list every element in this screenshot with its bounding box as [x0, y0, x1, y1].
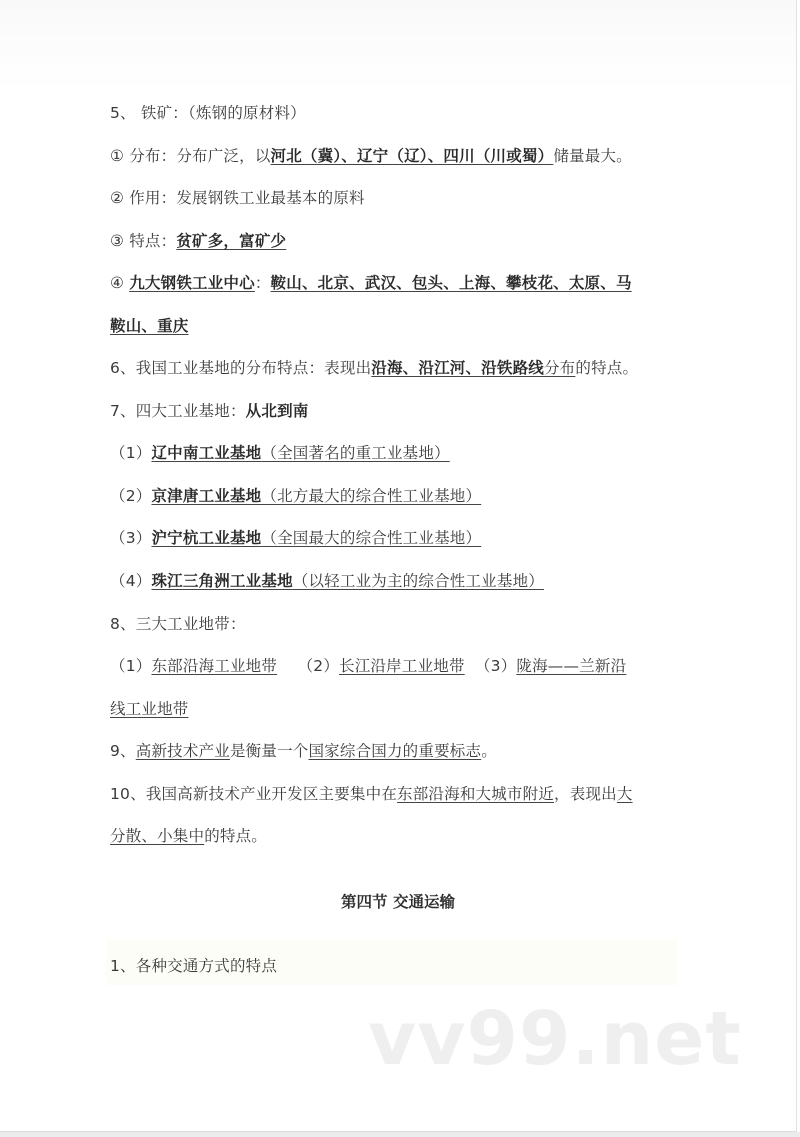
distribution-prefix: ① 分布：分布广泛，以	[110, 147, 271, 165]
belt-name: 东部沿海工业地带	[151, 657, 277, 675]
transport-item-1: 1、各种交通方式的特点	[110, 956, 680, 976]
belt-num: （2）	[298, 657, 339, 675]
item5-distribution: ① 分布：分布广泛，以河北（冀）、辽宁（辽）、四川（川或蜀）储量最大。	[110, 146, 680, 166]
item6-prefix: 6、我国工业基地的分布特点：表现出	[110, 359, 371, 377]
belt-name: 陇海——兰新沿	[516, 657, 626, 675]
item9-underlined-1: 高新技术产业	[136, 742, 230, 760]
base-num: （1）	[110, 444, 151, 462]
item6-bold: 沿海、沿江河、沿铁路线	[371, 359, 544, 377]
section-title: 第四节 交通运输	[0, 890, 796, 912]
item10-underlined-tail: 大	[617, 785, 633, 803]
item6-underlined: 分布	[544, 359, 575, 377]
base-desc: （全国著名的重工业基地）	[261, 444, 449, 462]
item8-title: 8、三大工业地带：	[110, 615, 246, 633]
item8-heading: 8、三大工业地带：	[110, 614, 680, 634]
item7-bold: 从北到南	[246, 402, 309, 420]
base-2: （2）京津唐工业基地（北方最大的综合性工业基地）	[110, 486, 680, 506]
belt-name: 长江沿岸工业地带	[339, 657, 465, 675]
distribution-suffix: 储量最大。	[553, 147, 632, 165]
base-1: （1）辽中南工业基地（全国著名的重工业基地）	[110, 443, 680, 463]
item7-heading: 7、四大工业基地：从北到南	[110, 401, 680, 421]
item10-end: 的特点。	[204, 827, 267, 845]
item8-belts-cont: 线工业地带	[110, 699, 680, 719]
base-name: 辽中南工业基地	[151, 444, 261, 462]
steel-centers-marker: ④	[110, 274, 129, 292]
item9-mid: 是衡量一个	[230, 742, 309, 760]
item8-belts: （1）东部沿海工业地带 （2）长江沿岸工业地带 （3）陇海——兰新沿	[110, 656, 680, 676]
item10-underlined: 东部沿海和大城市附近	[397, 785, 554, 803]
belt-name-cont: 线工业地带	[110, 700, 189, 718]
base-desc: （全国最大的综合性工业基地）	[261, 529, 481, 547]
base-desc: （以轻工业为主的综合性工业基地）	[293, 572, 544, 590]
item7-prefix: 7、四大工业基地：	[110, 402, 246, 420]
base-num: （2）	[110, 487, 151, 505]
item10-underlined-cont: 分散、小集中	[110, 827, 204, 845]
base-num: （3）	[110, 529, 151, 547]
item6-suffix: 的特点。	[575, 359, 638, 377]
item10-mid: ，表现出	[554, 785, 617, 803]
item5-number: 5、	[110, 104, 136, 122]
transport-item-1-text: 1、各种交通方式的特点	[110, 957, 277, 975]
features-value: 贫矿多，富矿少	[176, 232, 286, 250]
item6: 6、我国工业基地的分布特点：表现出沿海、沿江河、沿铁路线分布的特点。	[110, 358, 680, 378]
item5-features: ③ 特点：贫矿多，富矿少	[110, 231, 680, 251]
base-name: 沪宁杭工业基地	[151, 529, 261, 547]
features-prefix: ③ 特点：	[110, 232, 176, 250]
steel-centers-label: 九大钢铁工业中心	[129, 274, 255, 292]
item9-underlined-2: 国家综合国力的重要标志	[308, 742, 481, 760]
item9-end: 。	[481, 742, 497, 760]
document-page: 5、 铁矿：（炼钢的原材料） ① 分布：分布广泛，以河北（冀）、辽宁（辽）、四川…	[0, 0, 797, 1132]
distribution-provinces: 河北（冀）、辽宁（辽）、四川（川或蜀）	[271, 147, 554, 165]
steel-centers-cities-2: 鞍山、重庆	[110, 317, 189, 335]
watermark: vv99.net	[368, 996, 742, 1082]
item9-num: 9、	[110, 742, 136, 760]
base-name: 珠江三角洲工业基地	[151, 572, 292, 590]
base-desc: （北方最大的综合性工业基地）	[261, 487, 481, 505]
item10-prefix: 10、我国高新技术产业开发区主要集中在	[110, 785, 397, 803]
item9: 9、高新技术产业是衡量一个国家综合国力的重要标志。	[110, 741, 680, 761]
belt-num: （1）	[110, 657, 151, 675]
function-text: ② 作用：发展钢铁工业最基本的原料	[110, 189, 365, 207]
base-num: （4）	[110, 572, 151, 590]
base-3: （3）沪宁杭工业基地（全国最大的综合性工业基地）	[110, 528, 680, 548]
base-4: （4）珠江三角洲工业基地（以轻工业为主的综合性工业基地）	[110, 571, 680, 591]
item5-heading: 5、 铁矿：（炼钢的原材料）	[110, 103, 680, 123]
base-name: 京津唐工业基地	[151, 487, 261, 505]
steel-centers-sep: ：	[255, 274, 271, 292]
belt-num: （3）	[475, 657, 516, 675]
page-bottom-strip	[0, 1132, 800, 1137]
item5-steel-centers-cont: 鞍山、重庆	[110, 316, 680, 336]
item10-cont: 分散、小集中的特点。	[110, 826, 680, 846]
steel-centers-cities-1: 鞍山、北京、武汉、包头、上海、攀枝花、太原、马	[271, 274, 632, 292]
item5-title: 铁矿：（炼钢的原材料）	[141, 104, 306, 122]
item5-steel-centers: ④ 九大钢铁工业中心：鞍山、北京、武汉、包头、上海、攀枝花、太原、马	[110, 273, 680, 293]
page-top-shade	[0, 0, 796, 90]
item5-function: ② 作用：发展钢铁工业最基本的原料	[110, 188, 680, 208]
item10: 10、我国高新技术产业开发区主要集中在东部沿海和大城市附近，表现出大	[110, 784, 680, 804]
